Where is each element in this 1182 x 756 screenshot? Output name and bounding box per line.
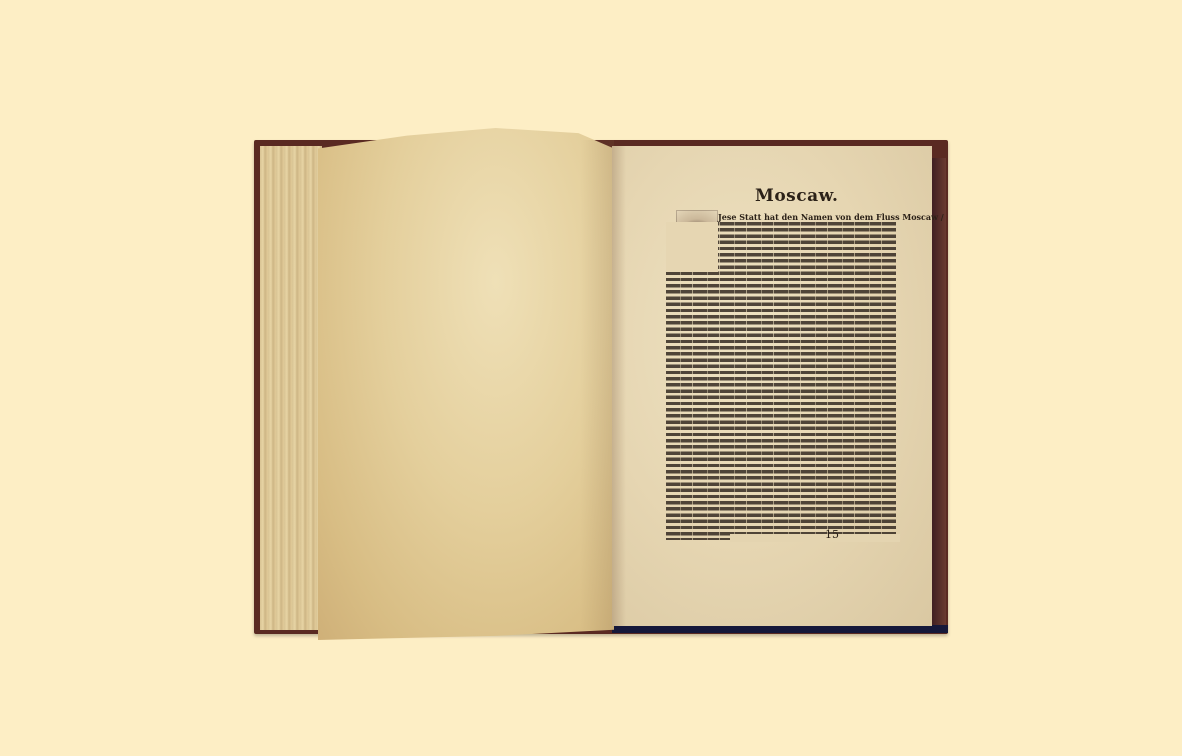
left-page-blank (318, 128, 614, 640)
page-stack-edges (260, 146, 322, 630)
cover-edge (930, 158, 946, 632)
left-page-curl-shadow (580, 140, 614, 630)
page-title: Moscaw. (755, 186, 838, 206)
initial-indent-space (666, 222, 718, 272)
body-text-block (666, 222, 896, 540)
cover-bottom-edge (612, 625, 948, 633)
book-photo: Moscaw. D Jese Statt hat den Namen von d… (0, 0, 1182, 756)
last-line-end (730, 534, 900, 542)
gutter-shadow (612, 146, 626, 626)
page-number: 15 (825, 528, 839, 541)
first-text-line: Jese Statt hat den Namen von dem Fluss M… (718, 212, 944, 222)
